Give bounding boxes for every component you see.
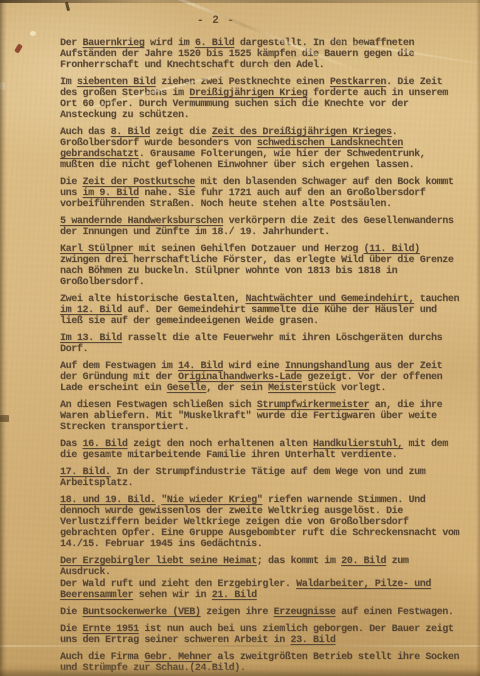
underlined-text: 6. Bild (195, 38, 234, 49)
text-run: zeigt die (150, 127, 212, 138)
underlined-text: Dreißigjährigen Krieg (189, 88, 307, 99)
underlined-text: 5 wandernde Handwerksburschen (60, 216, 223, 227)
text-run: , der sein (206, 383, 268, 394)
underlined-text: 16. Bild (82, 439, 127, 450)
paragraph: Der Wald ruft und zieht den Erzgebirgler… (60, 579, 464, 601)
text-run: zwingen drei herrschaftliche Förster, da… (60, 255, 453, 288)
underlined-text: Karl Stülpner (60, 244, 133, 255)
paragraph: 18. und 19. Bild. "Nie wieder Krieg" rie… (60, 495, 464, 550)
text-run: An diesen Festwagen schließen sich (60, 400, 257, 411)
text-run: Zwei alte historische Gestalten, (60, 294, 246, 305)
text-run: ; das kommt im (257, 556, 341, 567)
paragraph: Der Erzgebirgler liebt seine Heimat; das… (60, 556, 464, 578)
underlined-text: 21. Bild (212, 590, 257, 601)
underlined-text: Strumpfwirkermeister (257, 400, 369, 411)
underlined-text: Nachtwächter und Gemeindehirt, (246, 294, 415, 305)
document-page: - 2 - Der Bauernkrieg wird im 6. Bild da… (0, 0, 480, 676)
paragraph: Auf dem Festwagen im 14. Bild wird eine … (60, 361, 464, 394)
underlined-text: Erzeugnisse (274, 607, 336, 618)
underlined-text: siebenten Bild (77, 77, 156, 88)
underlined-text: Geselle (167, 383, 206, 394)
text-run: Auf dem Festwagen im (60, 361, 178, 372)
text-run: Auch die Firma (60, 652, 144, 663)
underlined-text: Zeit des Dreißigjährigen Krieges (212, 127, 392, 138)
underlined-text: 20. Bild (341, 556, 386, 567)
text-run: wird im (144, 38, 195, 49)
text-run: zeigen ihre (201, 607, 274, 618)
text-run: tauchen (414, 294, 459, 305)
paragraph: Die Zeit der Postkutsche mit den blasend… (60, 177, 464, 210)
paragraph: Auch das 8. Bild zeigt die Zeit des Drei… (60, 127, 464, 171)
text-run: Das (60, 439, 82, 450)
text-run: Die (60, 607, 82, 618)
underlined-text: Originalhandwerks-Lade (178, 372, 302, 383)
paper-edge-left (0, 0, 7, 676)
paragraph: Zwei alte historische Gestalten, Nachtwä… (60, 294, 464, 327)
underlined-text: im 9. Bild (82, 188, 138, 199)
text-run: Auch das (60, 127, 111, 138)
text-run: mit seinen Gehilfen Dotzauer und Herzog (133, 244, 363, 255)
paper-edge-right (476, 0, 480, 676)
underlined-text: Innungshandlung (285, 361, 369, 372)
paper-stain (65, 2, 70, 11)
paper-stain (14, 43, 23, 53)
paragraph: Das 16. Bild zeigt den noch erhaltenen a… (60, 439, 464, 461)
paragraph: An diesen Festwagen schließen sich Strum… (60, 400, 464, 433)
text-run: sehen wir in (133, 590, 212, 601)
text-run: In der Strumpfindustrie Tätige auf dem W… (60, 467, 425, 489)
page-content: Der Bauernkrieg wird im 6. Bild dargeste… (60, 38, 464, 674)
underlined-text: Handkulierstuhl, (313, 439, 403, 450)
underlined-text: 18. und 19. Bild. (60, 495, 156, 506)
paragraph: Karl Stülpner mit seinen Gehilfen Dotzau… (60, 244, 464, 288)
paragraph: Die Buntsockenwerke (VEB) zeigen ihre Er… (60, 607, 464, 618)
underlined-text: Ernte 1951 (82, 624, 138, 635)
paragraph: 17. Bild. In der Strumpfindustrie Tätige… (60, 467, 464, 489)
paragraph: Die Ernte 1951 ist nun auch bei uns ziem… (60, 624, 464, 646)
paragraph: Der Bauernkrieg wird im 6. Bild dargeste… (60, 38, 464, 71)
text-run: auf einen Festwagen. (335, 607, 453, 618)
text-run: vorlegt. (335, 383, 386, 394)
underlined-text: Im 13. Bild (60, 333, 122, 344)
underlined-text: Pestkarren (330, 77, 386, 88)
underlined-text: 17. Bild. (60, 467, 111, 478)
underlined-text: Meisterstück (268, 383, 335, 394)
text-run: Der Wald ruft und zieht den Erzgebirgler… (60, 579, 296, 590)
text-run: ziehen zwei Pestknechte einen (156, 77, 330, 88)
paper-edge-top (0, 0, 480, 3)
text-run: Die (60, 624, 82, 635)
underlined-text: Bauernkrieg (82, 38, 144, 49)
underlined-text: Zeit der Postkutsche (82, 177, 194, 188)
paragraph: Im siebenten Bild ziehen zwei Pestknecht… (60, 77, 464, 121)
paragraph: 5 wandernde Handwerksburschen verkörpern… (60, 216, 464, 238)
underlined-text: "Nie wieder Krieg" (161, 495, 262, 506)
underlined-text: 8. Bild (111, 127, 150, 138)
underlined-text: Gebr. Mehner (144, 652, 211, 663)
text-run: wird eine (223, 361, 285, 372)
underlined-text: 14. Bild (178, 361, 223, 372)
underlined-text: im 12. Bild (60, 305, 122, 316)
underlined-text: 23. Bild (290, 635, 335, 646)
page-number: - 2 - (197, 15, 235, 27)
paragraph: Im 13. Bild rasselt die alte Feuerwehr m… (60, 333, 464, 355)
underlined-text: Der Erzgebirgler liebt seine Heimat (60, 556, 257, 567)
paper-stain (30, 31, 36, 36)
paper-edge-bottom (0, 664, 480, 676)
underlined-text: Buntsockenwerke (VEB) (82, 607, 200, 618)
text-run: Der (60, 38, 82, 49)
underlined-text: (11. Bild) (364, 244, 420, 255)
text-run: zeigt den noch erhaltenen alten (127, 439, 313, 450)
text-run: Die (60, 177, 82, 188)
text-run: Im (60, 77, 77, 88)
